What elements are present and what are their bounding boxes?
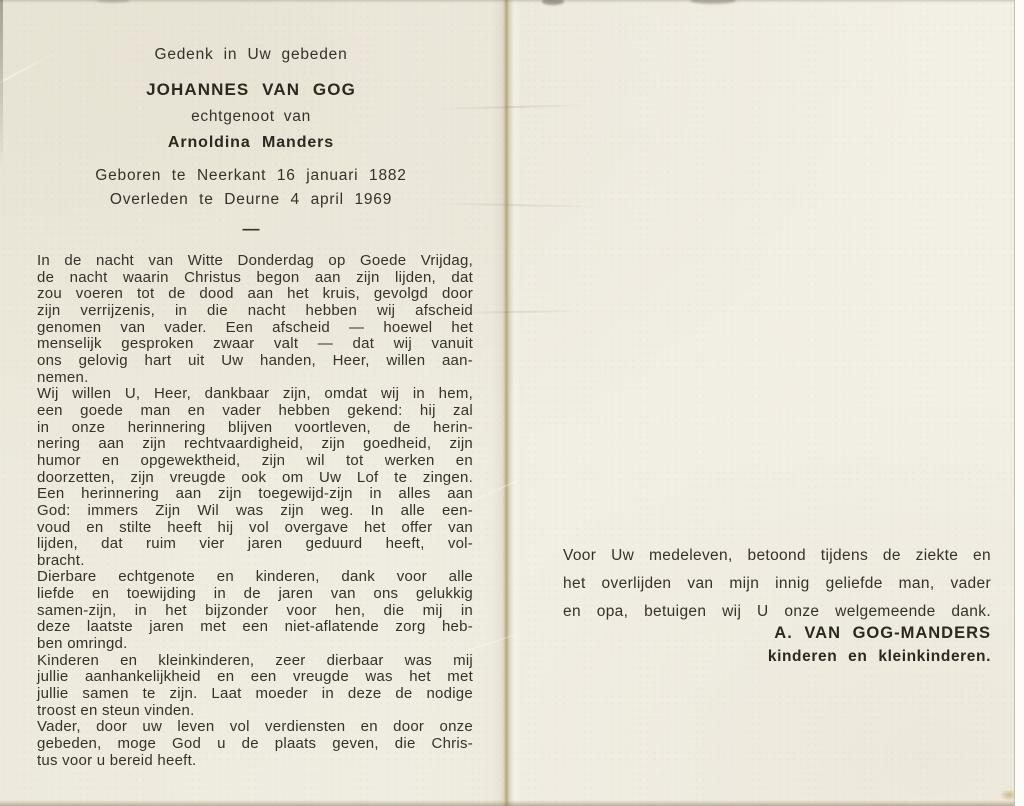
text-line: deze laatste jaren met een niet-aflatend… — [37, 619, 473, 636]
paragraph: In de nacht van Witte Donderdag op Goede… — [37, 253, 473, 386]
text-line: Voor Uw medeleven, betoond tijdens de zi… — [563, 542, 991, 570]
text-line: zijn verrijzenis, in die nacht hebben wi… — [37, 303, 473, 320]
scanner-background-strip — [1014, 0, 1024, 806]
signature-subline: kinderen en kleinkinderen. — [563, 645, 991, 669]
text-line: nemen. — [37, 370, 473, 387]
deceased-name: JOHANNES VAN GOG — [33, 80, 469, 100]
acknowledgement-text: Voor Uw medeleven, betoond tijdens de zi… — [563, 542, 991, 626]
paper-left-edge — [0, 0, 3, 170]
card-paper: Gedenk in Uw gebeden JOHANNES VAN GOG ec… — [0, 0, 1016, 806]
text-line: ben omringd. — [37, 636, 473, 653]
paper-bottom-edge — [0, 800, 1015, 806]
text-line: tus voor u bereid heeft. — [37, 753, 473, 770]
spouse-name: Arnoldina Manders — [33, 134, 469, 152]
scanned-memorial-card: Gedenk in Uw gebeden JOHANNES VAN GOG ec… — [0, 0, 1024, 806]
text-line: bracht. — [37, 553, 473, 570]
text-line: genomen van vader. Een afscheid — hoewel… — [37, 320, 473, 337]
death-line: Overleden te Deurne 4 april 1969 — [33, 191, 469, 209]
text-line: God: immers Zijn Wil was zijn weg. In al… — [37, 503, 473, 520]
text-line: nering aan zijn rechtvaardigheid, zijn g… — [37, 436, 473, 453]
divider-dash: — — [33, 219, 469, 239]
text-line: Een herinnering aan zijn toegewijd-zijn … — [37, 486, 473, 503]
center-fold-line — [505, 0, 508, 806]
birth-line: Geboren te Neerkant 16 januari 1882 — [33, 167, 469, 185]
text-line: voud en stilte heeft hij vol overgave he… — [37, 520, 473, 537]
text-line: ons gelovig hart uit Uw handen, Heer, wi… — [37, 353, 473, 370]
text-line: zou voeren tot de dood aan het kruis, ge… — [37, 286, 473, 303]
text-line: het overlijden van mijn innig geliefde m… — [563, 570, 991, 598]
text-line: een goede man en vader hebben gekend: hi… — [37, 403, 473, 420]
text-line: Dierbare echtgenote en kinderen, dank vo… — [37, 569, 473, 586]
paragraph: Wij willen U, Heer, dankbaar zijn, omdat… — [37, 386, 473, 569]
memorial-body-text: In de nacht van Witte Donderdag op Goede… — [37, 253, 473, 769]
text-line: Wij willen U, Heer, dankbaar zijn, omdat… — [37, 386, 473, 403]
signature-name: A. VAN GOG-MANDERS — [563, 621, 991, 645]
text-line: menselijk gesproken zwaar valt — dat wij… — [37, 336, 473, 353]
intro-line: Gedenk in Uw gebeden — [33, 46, 469, 64]
text-line: In de nacht van Witte Donderdag op Goede… — [37, 253, 473, 270]
text-line: lijden, dat ruim vier jaren geduurd heef… — [37, 536, 473, 553]
relation-line: echtgenoot van — [33, 108, 469, 126]
signature-block: A. VAN GOG-MANDERS kinderen en kleinkind… — [563, 621, 991, 669]
paragraph: Vader, door uw leven vol verdiensten en … — [37, 719, 473, 769]
text-line: troost en steun vinden. — [37, 703, 473, 720]
text-line: humor en opgewektheid, zijn wil tot werk… — [37, 453, 473, 470]
paragraph: Kinderen en kleinkinderen, zeer dierbaar… — [37, 653, 473, 720]
text-line: Vader, door uw leven vol verdiensten en … — [37, 719, 473, 736]
text-line: in onze herinnering blijven voortleven, … — [37, 420, 473, 437]
text-line: jullie samen te zijn. Laat moeder in dez… — [37, 686, 473, 703]
paper-top-edge — [0, 0, 1015, 3]
text-line: de nacht waarin Christus begon aan zijn … — [37, 270, 473, 287]
text-line: doorzetten, zijn vreugde ook om Uw Lof t… — [37, 470, 473, 487]
text-line: jullie aanhankelijkheid en een vreugde w… — [37, 669, 473, 686]
text-line: gebeden, moge God u de plaats geven, die… — [37, 736, 473, 753]
text-line: samen-zijn, in het bijzonder voor hen, d… — [37, 603, 473, 620]
text-line: Kinderen en kleinkinderen, zeer dierbaar… — [37, 653, 473, 670]
paragraph: Voor Uw medeleven, betoond tijdens de zi… — [563, 542, 991, 626]
text-line: liefde en toewijding in de jaren van ons… — [37, 586, 473, 603]
paragraph: Dierbare echtgenote en kinderen, dank vo… — [37, 569, 473, 652]
